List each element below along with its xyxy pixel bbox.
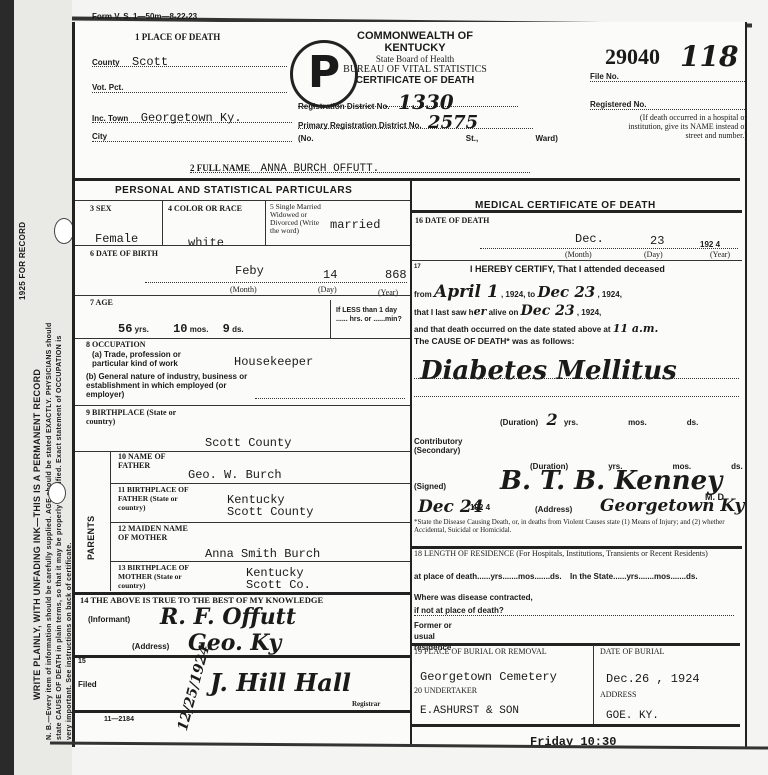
- mother-birthplace-2: Scott Co.: [246, 578, 311, 592]
- cause-footnote: *State the Disease Causing Death, or, in…: [414, 518, 739, 534]
- dob-label: 6 DATE OF BIRTH: [90, 249, 158, 258]
- rule: [75, 405, 410, 406]
- birthplace-value: Scott County: [205, 436, 291, 450]
- registrar-label: Registrar: [352, 700, 380, 708]
- vot-pct-label: Vot. Pct.: [92, 83, 287, 93]
- mother-label: 12 MAIDEN NAME OF MOTHER: [118, 524, 198, 542]
- rule: [414, 396, 739, 397]
- rule: [480, 248, 738, 249]
- physician-address: Georgetown Ky: [600, 496, 744, 516]
- time-of-death-line: and that death occurred on the date stat…: [414, 322, 744, 335]
- section-divider: [412, 724, 740, 727]
- sex-label: 3 SEX: [90, 204, 112, 213]
- section-divider: [412, 643, 740, 646]
- commonwealth-title: COMMONWEALTH OF KENTUCKY: [330, 30, 500, 54]
- registrar-signature: J. Hill Hall: [210, 668, 351, 697]
- file-number-handwritten: 118: [680, 40, 738, 73]
- occupation-b-label: (b) General nature of industry, business…: [86, 372, 256, 399]
- less-than-day: If LESS than 1 day ...... hrs. or ......…: [336, 306, 406, 324]
- street-ward-line: (No. St., Ward): [298, 134, 598, 143]
- dob-month: Feby: [235, 264, 264, 278]
- physician-address-label: (Address): [535, 505, 572, 514]
- dod-day: 23: [650, 234, 664, 248]
- rule: [255, 398, 405, 399]
- dod-month: Dec.: [575, 232, 604, 246]
- in-state: In the State......yrs.......mos.......ds…: [570, 572, 740, 581]
- undertaker-name: E.ASHURST & SON: [420, 705, 519, 717]
- dob-day: 14: [323, 268, 337, 282]
- burial-place: Georgetown Cemetery: [420, 670, 557, 684]
- certify-statement: I HEREBY CERTIFY, That I attended deceas…: [470, 264, 665, 274]
- rule: [412, 260, 742, 261]
- inc-town-field: Inc. Town Georgetown Ky.: [92, 108, 292, 123]
- occupation-label: 8 OCCUPATION: [86, 340, 145, 349]
- undertaker-label: 20 UNDERTAKER: [414, 686, 477, 695]
- rule: [75, 295, 410, 296]
- file-number-stamped: 29040: [605, 44, 660, 70]
- year-caption: (Year): [710, 250, 730, 259]
- marital-value: married: [330, 218, 380, 232]
- father-label: 10 NAME OF FATHER: [118, 452, 188, 470]
- color-value: white: [188, 236, 224, 250]
- birthplace-label: 9 BIRTHPLACE (State or country): [86, 408, 186, 426]
- punch-hole: [54, 218, 74, 244]
- full-name-value: ANNA BURCH OFFUTT.: [260, 163, 379, 175]
- dod-label: 16 DATE OF DEATH: [415, 216, 489, 225]
- rule: [145, 282, 407, 283]
- father-value: Geo. W. Burch: [188, 468, 282, 482]
- sex-value: Female: [95, 232, 138, 246]
- title-block: COMMONWEALTH OF KENTUCKY State Board of …: [330, 30, 500, 86]
- address-label: (Address): [132, 642, 169, 651]
- at-place-of-death: at place of death......yrs.......mos....…: [414, 572, 564, 581]
- registered-no-label: Registered No.: [590, 100, 745, 110]
- father-birthplace-2: Scott County: [227, 505, 313, 519]
- rule: [110, 561, 410, 562]
- rule: [162, 200, 163, 245]
- margin-note-1: N. B.—Every item of information should b…: [46, 322, 53, 740]
- burial-label: 19 PLACE OF BURIAL OR REMOVAL: [414, 647, 547, 656]
- rule: [75, 338, 410, 339]
- undertaker-address-label: ADDRESS: [600, 690, 636, 699]
- county-field: County Scott: [92, 52, 287, 67]
- full-name-field: 2 FULL NAME ANNA BURCH OFFUTT.: [190, 158, 530, 173]
- physician-signature: B. T. B. Kenney: [500, 466, 722, 496]
- column-divider: [410, 180, 412, 745]
- age-label: 7 AGE: [90, 298, 113, 307]
- signed-label: (Signed): [414, 482, 446, 491]
- board-title: State Board of Health: [330, 54, 500, 64]
- margin-instructions: 1925 FOR RECORD WRITE PLAINLY, WITH UNFA…: [14, 0, 72, 775]
- hospital-note: (If death occurred in a hospital or inst…: [622, 113, 747, 140]
- city-label: City: [92, 132, 292, 142]
- primary-reg-value: 2575: [428, 112, 478, 133]
- form-code: 11—2184: [104, 716, 134, 723]
- duration-line: (Duration) 2 yrs.mos.ds.: [500, 410, 698, 429]
- dob-year: 868: [385, 268, 407, 282]
- contributory-label: Contributory (Secondary): [414, 437, 484, 455]
- rule: [110, 483, 410, 484]
- primary-reg-field: Primary Registration District No. 2575: [298, 112, 533, 129]
- day-caption: (Day): [644, 250, 663, 259]
- rule: [414, 378, 739, 379]
- informant-label: (Informant): [88, 615, 130, 624]
- file-no-label: File No.: [590, 72, 745, 82]
- age-field: 56 yrs. 10 mos. 9 ds.: [118, 322, 244, 336]
- margin-record-stamp: 1925 FOR RECORD: [18, 222, 27, 300]
- section-divider: [75, 710, 410, 713]
- color-label: 4 COLOR OR RACE: [168, 204, 242, 213]
- rule: [75, 200, 410, 201]
- section-divider: [412, 210, 742, 213]
- margin-note-2: state CAUSE OF DEATH in plain terms, so …: [56, 335, 63, 740]
- cause-label: The CAUSE OF DEATH* was as follows:: [414, 336, 574, 346]
- burial-date: Dec.26 , 1924: [606, 672, 700, 686]
- reg-district-field: Registration District No. 1330: [298, 90, 518, 107]
- father-birthplace-label: 11 BIRTHPLACE OF FATHER (State or countr…: [118, 485, 198, 512]
- inc-town-value: Georgetown Ky.: [141, 111, 242, 125]
- certify-number: 17: [414, 264, 421, 270]
- contracted-label: Where was disease contracted,: [414, 593, 533, 602]
- last-saw-line: that I last saw her alive on Dec 23 , 19…: [414, 303, 742, 319]
- mother-birthplace-label: 13 BIRTHPLACE OF MOTHER (State or countr…: [118, 563, 198, 590]
- occupation-a-label: (a) Trade, profession or particular kind…: [92, 350, 217, 368]
- month-caption: (Month): [565, 250, 592, 259]
- rule: [593, 645, 594, 725]
- rule: [265, 200, 266, 245]
- filed-label: Filed: [78, 680, 97, 689]
- rule: [110, 522, 410, 523]
- certificate-title: CERTIFICATE OF DEATH: [330, 75, 500, 86]
- attended-line: from April 1 , 1924, to Dec 23 , 1924,: [414, 282, 742, 302]
- scan-dark-edge: [0, 0, 14, 775]
- mother-value: Anna Smith Burch: [205, 547, 320, 561]
- bureau-title: BUREAU OF VITAL STATISTICS: [330, 64, 500, 75]
- place-of-death-label: 1 PLACE OF DEATH: [135, 32, 220, 42]
- section-divider: [75, 655, 410, 658]
- reg-district-value: 1330: [398, 90, 454, 114]
- form-number: Form V. S. 1—50m—8-22-23: [92, 12, 197, 21]
- rule: [110, 451, 111, 591]
- burial-date-label: DATE OF BURIAL: [600, 647, 664, 656]
- not-at-place-label: if not at place of death?: [414, 606, 734, 616]
- residence-label: 18 LENGTH OF RESIDENCE (For Hospitals, I…: [414, 549, 739, 558]
- undertaker-address: GOE. KY.: [606, 710, 659, 722]
- county-value: Scott: [132, 55, 168, 69]
- filed-number: 15: [78, 658, 86, 665]
- month-caption: (Month): [230, 285, 257, 294]
- signed-year: 192 4: [470, 503, 490, 512]
- rule: [75, 245, 410, 246]
- rule: [330, 300, 331, 338]
- occupation-value: Housekeeper: [234, 355, 313, 369]
- cause-of-death: Diabetes Mellitus: [420, 356, 677, 386]
- parents-label: PARENTS: [86, 516, 96, 560]
- marital-label: 5 Single Married Widowed or Divorced (Wr…: [270, 203, 330, 235]
- day-caption: (Day): [318, 285, 337, 294]
- punch-hole: [48, 482, 66, 504]
- personal-section-title: PERSONAL AND STATISTICAL PARTICULARS: [115, 185, 352, 196]
- margin-write-plainly: WRITE PLAINLY, WITH UNFADING INK—THIS IS…: [32, 369, 42, 700]
- informant-signature: R. F. Offutt: [160, 604, 296, 630]
- section-divider: [75, 178, 740, 181]
